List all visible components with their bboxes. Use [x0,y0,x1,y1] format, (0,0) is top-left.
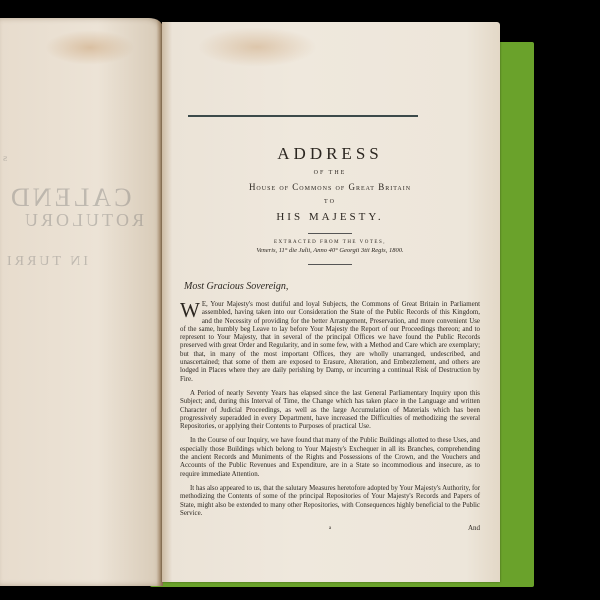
left-page: s CALEND ROTULORU IN TURRI [0,18,163,586]
document-recipient: HIS MAJESTY. [180,211,480,223]
page-content: ADDRESS of the House of Commons of Great… [180,92,480,531]
bleed-through-text: CALEND [8,183,131,213]
document-author: House of Commons of Great Britain [180,182,480,192]
bleed-through-text: ROTULORU [22,210,144,231]
body-text: WE, Your Majesty's most dutiful and loya… [180,301,480,518]
divider [308,264,352,265]
foxing-stain [45,30,135,65]
paragraph: A Period of nearly Seventy Years has ela… [180,390,480,431]
source-line: Extracted from the Votes, [180,240,480,245]
signature-mark: a [180,526,480,531]
paragraph: WE, Your Majesty's most dutiful and loya… [180,301,480,384]
title-connector: of the [180,170,480,176]
drop-cap: W [180,302,200,318]
bleed-through-text: s [0,152,7,164]
title-connector: to [180,199,480,205]
divider [308,233,352,234]
salutation: Most Gracious Sovereign, [184,281,480,292]
paragraph: In the Course of our Inquiry, we have fo… [180,437,480,478]
paragraph: It has also appeared to us, that the sal… [180,485,480,518]
foxing-stain [197,27,317,67]
paragraph-text: E, Your Majesty's most dutiful and loyal… [180,301,480,383]
right-page: ADDRESS of the House of Commons of Great… [162,22,500,582]
document-title: ADDRESS [180,144,480,164]
bleed-through-text: IN TURRI [4,254,88,270]
date-line: Veneris, 11° die Julii, Anno 40° Georgii… [180,247,480,254]
